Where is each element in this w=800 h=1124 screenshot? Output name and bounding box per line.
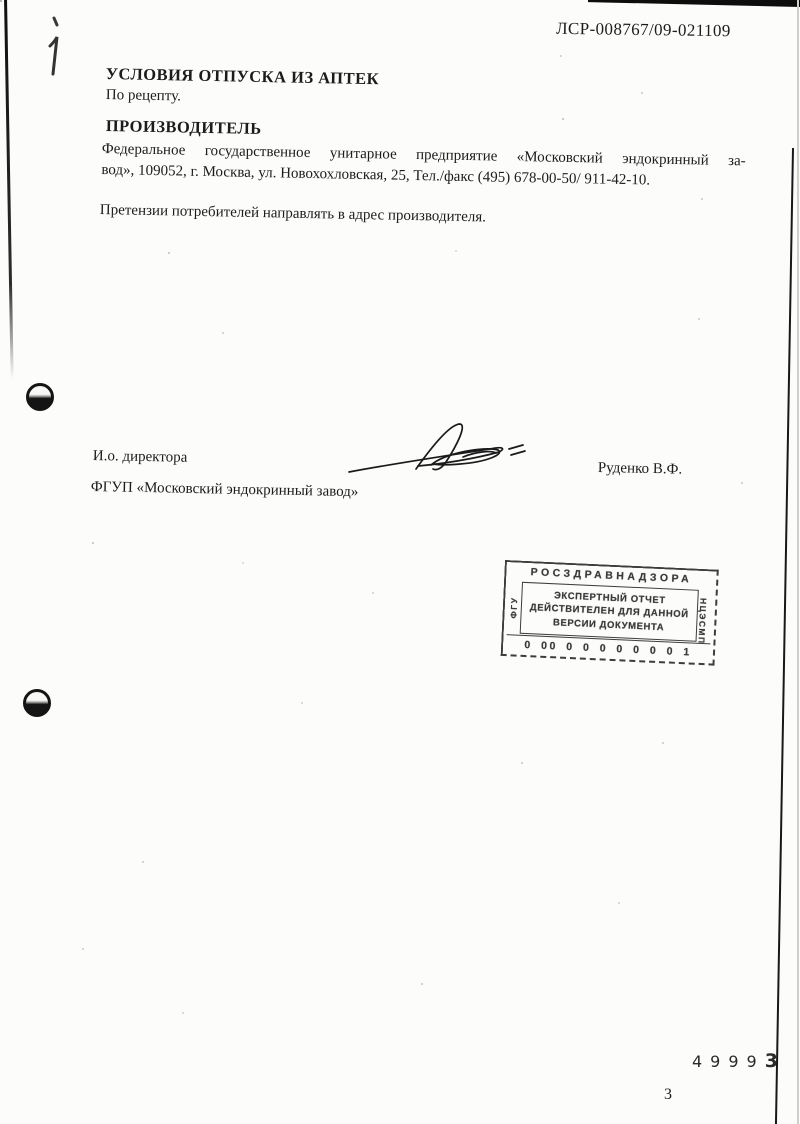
signer-role: И.о. директора [93, 448, 188, 467]
page-number: 3 [664, 1086, 672, 1104]
serial-number-last-digit: 3 [765, 1050, 778, 1072]
dispensing-conditions-heading: УСЛОВИЯ ОТПУСКА ИЗ АПТЕК [106, 64, 380, 89]
stamp-right-vertical-text: НЦЭСМП [697, 598, 709, 638]
registration-number: ЛСР-008767/09-021109 [556, 19, 731, 41]
dispensing-conditions-text: По рецепту. [106, 87, 181, 105]
stamp-inner-box: ЭКСПЕРТНЫЙ ОТЧЕТ ДЕЙСТВИТЕЛЕН ДЛЯ ДАННОЙ… [520, 582, 699, 642]
signer-name: Руденко В.Ф. [598, 460, 683, 479]
stamp-left-vertical-text: ФГУ [508, 604, 519, 618]
scan-right-edge-artifact [797, 0, 799, 1124]
scan-left-edge-artifact [4, 0, 13, 379]
claims-text: Претензии потребителей направлять в адре… [100, 202, 486, 226]
hole-punch-mark-top [26, 383, 54, 411]
scanned-document-page: ЛСР-008767/09-021109 УСЛОВИЯ ОТПУСКА ИЗ … [0, 0, 800, 1124]
serial-number-prefix: 4999 [692, 1052, 765, 1071]
serial-number: 49993 [692, 1050, 778, 1072]
roszdravnadzor-stamp: РОСЗДРАВНАДЗОРА ФГУ НЦЭСМП ЭКСПЕРТНЫЙ ОТ… [501, 560, 719, 666]
manufacturer-paragraph: Федеральное государственное унитарное пр… [101, 139, 746, 193]
scan-right-fold-line [775, 148, 794, 1124]
manufacturer-heading: ПРОИЗВОДИТЕЛЬ [106, 116, 262, 139]
signer-organization: ФГУП «Московский эндокринный завод» [91, 479, 359, 501]
handwritten-signature [346, 418, 530, 478]
scan-top-edge-artifact [588, 0, 800, 7]
hole-punch-mark-bottom [23, 689, 51, 717]
scan-noise-speckles [0, 0, 2, 2]
handwritten-pencil-mark [40, 12, 70, 80]
